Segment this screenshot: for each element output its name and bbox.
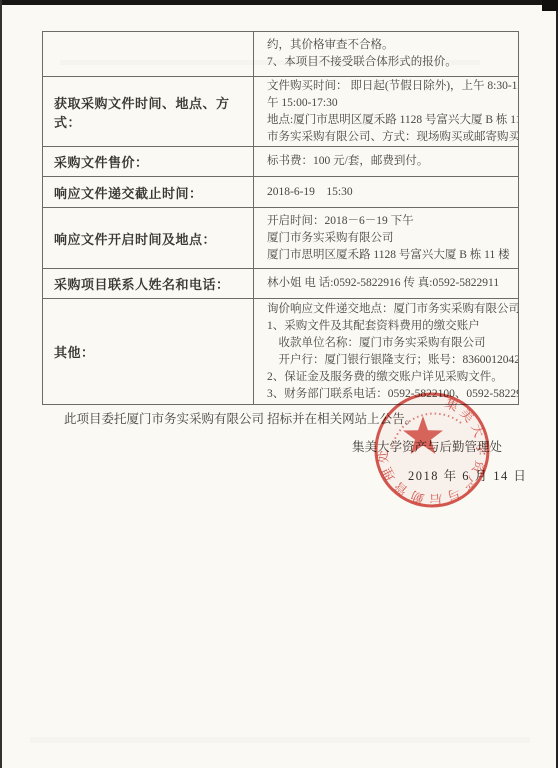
text-line: 约，其价格审查不合格。 xyxy=(267,37,512,54)
row-label: 响应文件开启时间及地点： xyxy=(43,208,254,268)
scan-edge-top xyxy=(0,0,558,5)
table-row: 采购项目联系人姓名和电话： 林小姐 电 话:0592-5822916 传 真:0… xyxy=(43,269,518,299)
text-line: 市务实采购有限公司、方式：现场购买或邮寄购买 xyxy=(267,129,512,146)
text-line: 7、本项目不接受联合体形式的报价。 xyxy=(267,54,512,71)
row-content: 林小姐 电 话:0592-5822916 传 真:0592-5822911 xyxy=(254,269,518,298)
row-content: 2018-6-19 15:30 xyxy=(254,177,518,207)
text-line: 1、采购文件及其配套资料费用的缴交账户 xyxy=(267,318,512,335)
scanned-document-page: 约，其价格审查不合格。7、本项目不接受联合体形式的报价。 获取采购文件时间、地点… xyxy=(0,0,558,768)
table-row: 响应文件开启时间及地点： 开启时间：2018－6－19 下午厦门市务实采购有限公… xyxy=(43,208,518,269)
row-label: 响应文件递交截止时间： xyxy=(43,177,254,207)
scan-edge-left xyxy=(0,0,2,768)
row-label: 获取采购文件时间、地点、方式： xyxy=(43,77,254,146)
procurement-info-table: 约，其价格审查不合格。7、本项目不接受联合体形式的报价。 获取采购文件时间、地点… xyxy=(42,31,519,405)
row-label: 采购文件售价： xyxy=(43,147,254,176)
text-line: 林小姐 电 话:0592-5822916 传 真:0592-5822911 xyxy=(267,275,512,292)
text-line: 厦门市务实采购有限公司 xyxy=(267,230,512,247)
row-content: 标书费：100 元/套，邮费到付。 xyxy=(254,147,518,176)
text-line: 开启时间：2018－6－19 下午 xyxy=(267,213,512,230)
official-seal: 集美大学资产与后勤管理处 xyxy=(362,380,502,520)
text-line: 询价响应文件递交地点：厦门市务实采购有限公司前台 xyxy=(267,301,512,318)
table-row: 响应文件递交截止时间： 2018-6-19 15:30 xyxy=(43,177,518,208)
row-label: 其他： xyxy=(43,299,254,404)
text-line: 文件购买时间： 即日起(节假日除外)，上午 8:30-12:00，下 xyxy=(267,78,512,95)
row-label: 采购项目联系人姓名和电话： xyxy=(43,269,254,298)
row-content: 开启时间：2018－6－19 下午厦门市务实采购有限公司厦门市思明区厦禾路 11… xyxy=(254,208,518,268)
scan-corner-mark xyxy=(542,0,558,11)
row-label xyxy=(43,32,254,76)
text-line: 地点:厦门市思明区厦禾路 1128 号富兴大厦 B 栋 11 楼厦门 xyxy=(267,112,512,129)
text-line: 标书费：100 元/套，邮费到付。 xyxy=(267,153,512,170)
row-content: 文件购买时间： 即日起(节假日除外)，上午 8:30-12:00，下午 15:0… xyxy=(254,77,518,146)
table-row: 获取采购文件时间、地点、方式： 文件购买时间： 即日起(节假日除外)，上午 8:… xyxy=(43,77,518,147)
table-row: 采购文件售价： 标书费：100 元/套，邮费到付。 xyxy=(43,147,518,177)
text-line: 收款单位名称：厦门市务实采购有限公司 xyxy=(267,335,512,352)
scan-artifact xyxy=(30,737,530,743)
text-line: 2018-6-19 15:30 xyxy=(267,184,512,201)
text-line: 开户行：厦门银行银隆支行；账号：83600120420000252 xyxy=(267,352,512,369)
row-content: 约，其价格审查不合格。7、本项目不接受联合体形式的报价。 xyxy=(254,32,518,76)
text-line: 厦门市思明区厦禾路 1128 号富兴大厦 B 栋 11 楼 xyxy=(267,247,512,264)
table-row: 约，其价格审查不合格。7、本项目不接受联合体形式的报价。 xyxy=(43,32,518,77)
text-line: 午 15:00-17:30 xyxy=(267,95,512,112)
